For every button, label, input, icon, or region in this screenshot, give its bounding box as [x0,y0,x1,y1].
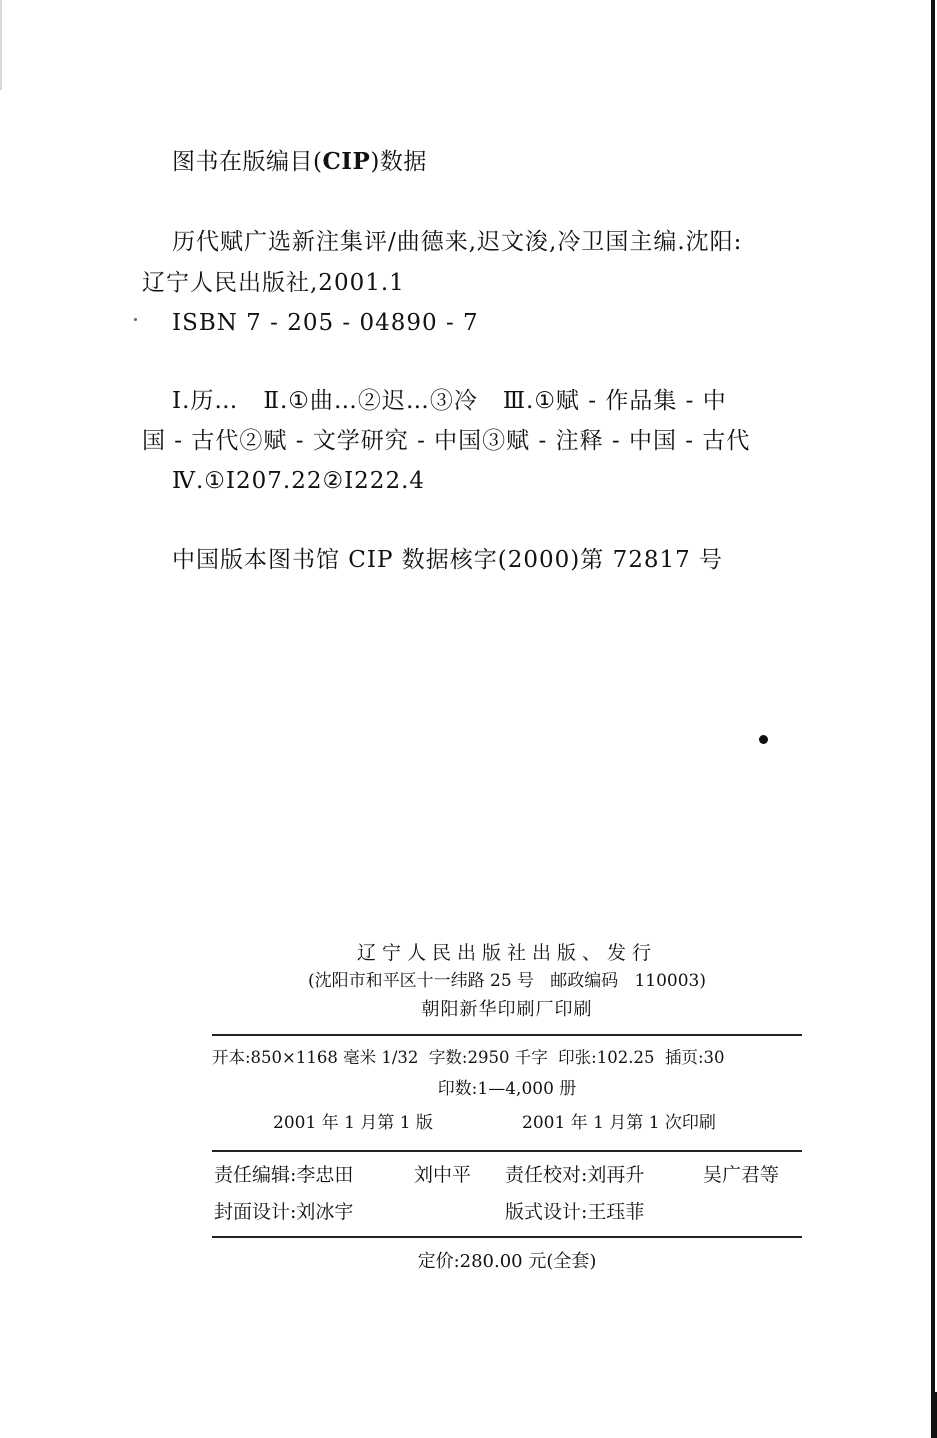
cip-heading: 图书在版编目(CIP)数据 [172,150,427,174]
divider-rule [212,1034,802,1036]
divider-rule [212,1150,802,1152]
cip-heading-bold: CIP [322,148,370,175]
cip-classification-line-3: Ⅳ.①I207.22②I222.4 [172,470,425,493]
scan-edge-right [931,0,935,1438]
cip-heading-suffix: )数据 [370,149,426,175]
cip-classification-line-2: 国 - 古代②赋 - 文学研究 - 中国③赋 - 注释 - 中国 - 古代 [142,430,750,453]
staff-layout-design: 版式设计:王珏菲 [505,1203,644,1222]
colophon-printing: 2001 年 1 月第 1 次印刷 [522,1115,716,1132]
scan-dot [759,735,768,744]
divider-rule [212,1236,802,1238]
cip-heading-prefix: 图书在版编目( [172,149,322,175]
staff-cover-design: 封面设计:刘冰宇 [214,1203,353,1222]
colophon-specs: 开本:850×1168 毫米 1/32 字数:2950 千字 印张:102.25… [212,1050,802,1067]
staff-proofreader-second: 吴广君等 [703,1166,779,1185]
colophon-edition: 2001 年 1 月第 1 版 [273,1115,433,1132]
cip-isbn: ISBN 7 - 205 - 04890 - 7 [172,312,479,335]
cip-title-line: 历代赋广选新注集评/曲德来,迟文浚,冷卫国主编.沈阳: [172,231,742,254]
cip-verification-number: 中国版本图书馆 CIP 数据核字(2000)第 72817 号 [172,549,723,572]
staff-editor-second: 刘中平 [414,1166,471,1185]
scan-edge-left [0,0,2,90]
staff-editor: 责任编辑:李忠田 [214,1166,353,1185]
colophon-print-run: 印数:1—4,000 册 [212,1081,802,1098]
colophon-address: (沈阳市和平区十一纬路 25 号 邮政编码 110003) [212,973,802,990]
colophon-price: 定价:280.00 元(全套) [212,1253,802,1271]
colophon-publisher: 辽宁人民出版社出版、发行 [212,944,802,963]
colophon-printer: 朝阳新华印刷厂印刷 [212,1001,802,1019]
cip-classification-line-1: Ⅰ.历… Ⅱ.①曲…②迟…③冷 Ⅲ.①赋 - 作品集 - 中 [172,390,727,413]
cip-publisher-line: 辽宁人民出版社,2001.1 [142,272,405,295]
staff-proofreader: 责任校对:刘再升 [505,1166,644,1185]
scan-speck [134,318,137,321]
scan-edge-right-bottom [933,1392,937,1438]
